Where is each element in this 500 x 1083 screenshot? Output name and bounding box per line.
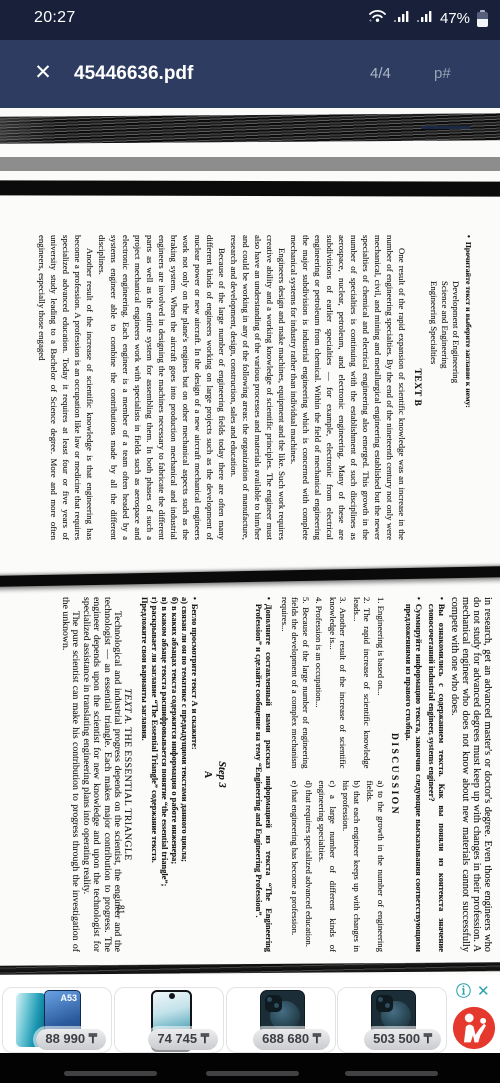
phone-screen: 20:27 + — [0, 0, 500, 1083]
page-indicator: 4/4 — [370, 65, 391, 82]
section-letter: A — [203, 597, 214, 952]
match-item: e) that engineering has become a profess… — [290, 781, 301, 953]
ad-info-icon[interactable]: ⓘ — [456, 984, 471, 1000]
wifi-icon: + — [368, 8, 387, 28]
task-item: в) в каком абзаце текста расшифровываетс… — [160, 597, 170, 952]
nav-recents-handle[interactable] — [64, 1071, 157, 1076]
nav-back-handle[interactable] — [345, 1071, 438, 1076]
advertiser-logo[interactable] — [451, 1005, 497, 1051]
match-item: d) that requires specialized advanced ed… — [304, 781, 315, 953]
active-tool-indicator — [421, 126, 471, 129]
paragraph: One result of the rapid expansion of sci… — [288, 235, 408, 540]
status-bar: 20:27 + — [0, 0, 500, 40]
title-option: Development of Engineering — [450, 281, 461, 540]
nav-home-handle[interactable] — [206, 1071, 299, 1076]
book-page-textb: • Прочитайте текст и выберите заглавие к… — [0, 108, 500, 560]
task-item: б) в каких абзацах текста содержится инф… — [170, 597, 180, 952]
title-option: Engineering Specialties — [428, 281, 439, 540]
page-number-tool-button[interactable]: p# — [434, 65, 451, 82]
matching-exercise: 1. Engineering is based on... 2. The rap… — [277, 597, 387, 952]
exercise-bullet: • Вы ознакомились с содержанием текста. … — [426, 597, 446, 952]
bullet-icon: • — [426, 597, 446, 600]
text-b-heading: TEXT B — [412, 235, 422, 540]
paragraph: Engineers design and make machines, equi… — [228, 235, 288, 540]
price-badge: 88 990 ₸ — [36, 1029, 106, 1050]
price-badge: 688 680 ₸ — [253, 1029, 330, 1050]
task-item: Предложите свои варианты заглавия. — [140, 597, 150, 952]
paragraph: Technological and industrial progress de… — [81, 597, 123, 952]
phone-camera — [265, 995, 282, 1012]
match-item: 1. Engineering is based on... — [376, 597, 387, 769]
pdf-canvas[interactable]: • Прочитайте текст и выберите заглавие к… — [0, 108, 500, 975]
paragraph: The pure scientist can make his contribu… — [60, 597, 81, 952]
page-number-folio: 81 — [116, 905, 126, 914]
match-item: a) to the growth in the number of engine… — [365, 781, 386, 953]
price-badge: 74 745 ₸ — [148, 1029, 218, 1050]
cell-signal-icon-sim1 — [394, 9, 410, 28]
clock: 20:27 — [34, 9, 76, 27]
paragraph: Another result of the increase of scient… — [36, 235, 96, 540]
ad-close-icon[interactable]: ✕ — [477, 984, 490, 1000]
task-instruction: • Прочитайте текст и выберите заглавие к… — [463, 235, 473, 540]
close-icon[interactable]: ✕ — [28, 58, 58, 88]
battery-icon — [477, 10, 488, 27]
step-heading: Step 3 — [217, 597, 228, 952]
match-item: 5. Because of the large number of engine… — [280, 597, 312, 769]
exercise-bullet: • Бегло просмотрите текст А и скажите: — [190, 597, 200, 952]
pdf-toolbar: ✕ 45446636.pdf 4/4 p# — [0, 40, 500, 108]
exercise-bullet: • Суммируйте информацию текста, закончив… — [403, 597, 423, 952]
exercise-bullet: • Дополните составленный вами рассказ ин… — [254, 597, 274, 952]
match-item: b) that each engineer keeps up with chan… — [341, 781, 362, 953]
phone-notch — [169, 993, 175, 999]
task-item: г) раскрывает ли заглавие “The Essential… — [150, 597, 160, 952]
ad-card-phone-1[interactable]: A53 88 990 ₸ — [2, 987, 112, 1053]
cell-signal-icon-sim2 — [417, 9, 433, 28]
phone-camera — [376, 995, 393, 1012]
price-badge: 503 500 ₸ — [364, 1029, 441, 1050]
battery-percent: 47% — [440, 10, 470, 27]
match-item: 3. Another result of the increase of sci… — [328, 597, 349, 769]
book-page-exercises: in research, get an advanced master's or… — [0, 560, 500, 960]
ad-card-phone-4[interactable]: 503 500 ₸ — [337, 987, 447, 1053]
ad-card-phone-2[interactable]: 74 745 ₸ — [114, 987, 224, 1053]
svg-text:+: + — [369, 19, 372, 24]
match-item: 2. The rapid increase of scientific know… — [352, 597, 373, 769]
task-item: а) связан ли он по тематике с предыдущим… — [180, 597, 190, 952]
matching-left-column: 1. Engineering is based on... 2. The rap… — [277, 597, 387, 769]
scan-edge-band — [0, 962, 500, 975]
paragraph: Because of the large number of engineeri… — [96, 235, 228, 540]
match-item: 4. Profession is an occupation... — [314, 597, 325, 769]
bullet-icon: • — [254, 597, 274, 600]
bullet-icon: • — [403, 597, 423, 600]
document-title: 45446636.pdf — [74, 63, 193, 85]
match-item: c) a large number of different kinds of … — [317, 781, 338, 953]
ad-card-phone-3[interactable]: 688 680 ₸ — [226, 987, 336, 1053]
navigation-bar — [0, 1053, 500, 1083]
text-a-heading: TEXT A. THE ESSENTIAL TRIANGLE — [123, 597, 134, 952]
discussion-heading: DISCUSSION — [389, 597, 399, 952]
title-option: Science and Engineering — [439, 281, 450, 540]
bullet-icon: • — [190, 597, 200, 600]
matching-right-column: a) to the growth in the number of engine… — [277, 781, 387, 953]
bullet-icon: • — [463, 235, 473, 238]
phone-model-label: A53 — [60, 993, 77, 1003]
paragraph-continuation: in research, get an advanced master's or… — [449, 597, 493, 952]
ad-banner: A53 88 990 ₸ 74 745 ₸ 688 680 ₸ 503 500 … — [0, 975, 500, 1053]
title-options: Development of Engineering Science and E… — [428, 281, 461, 540]
